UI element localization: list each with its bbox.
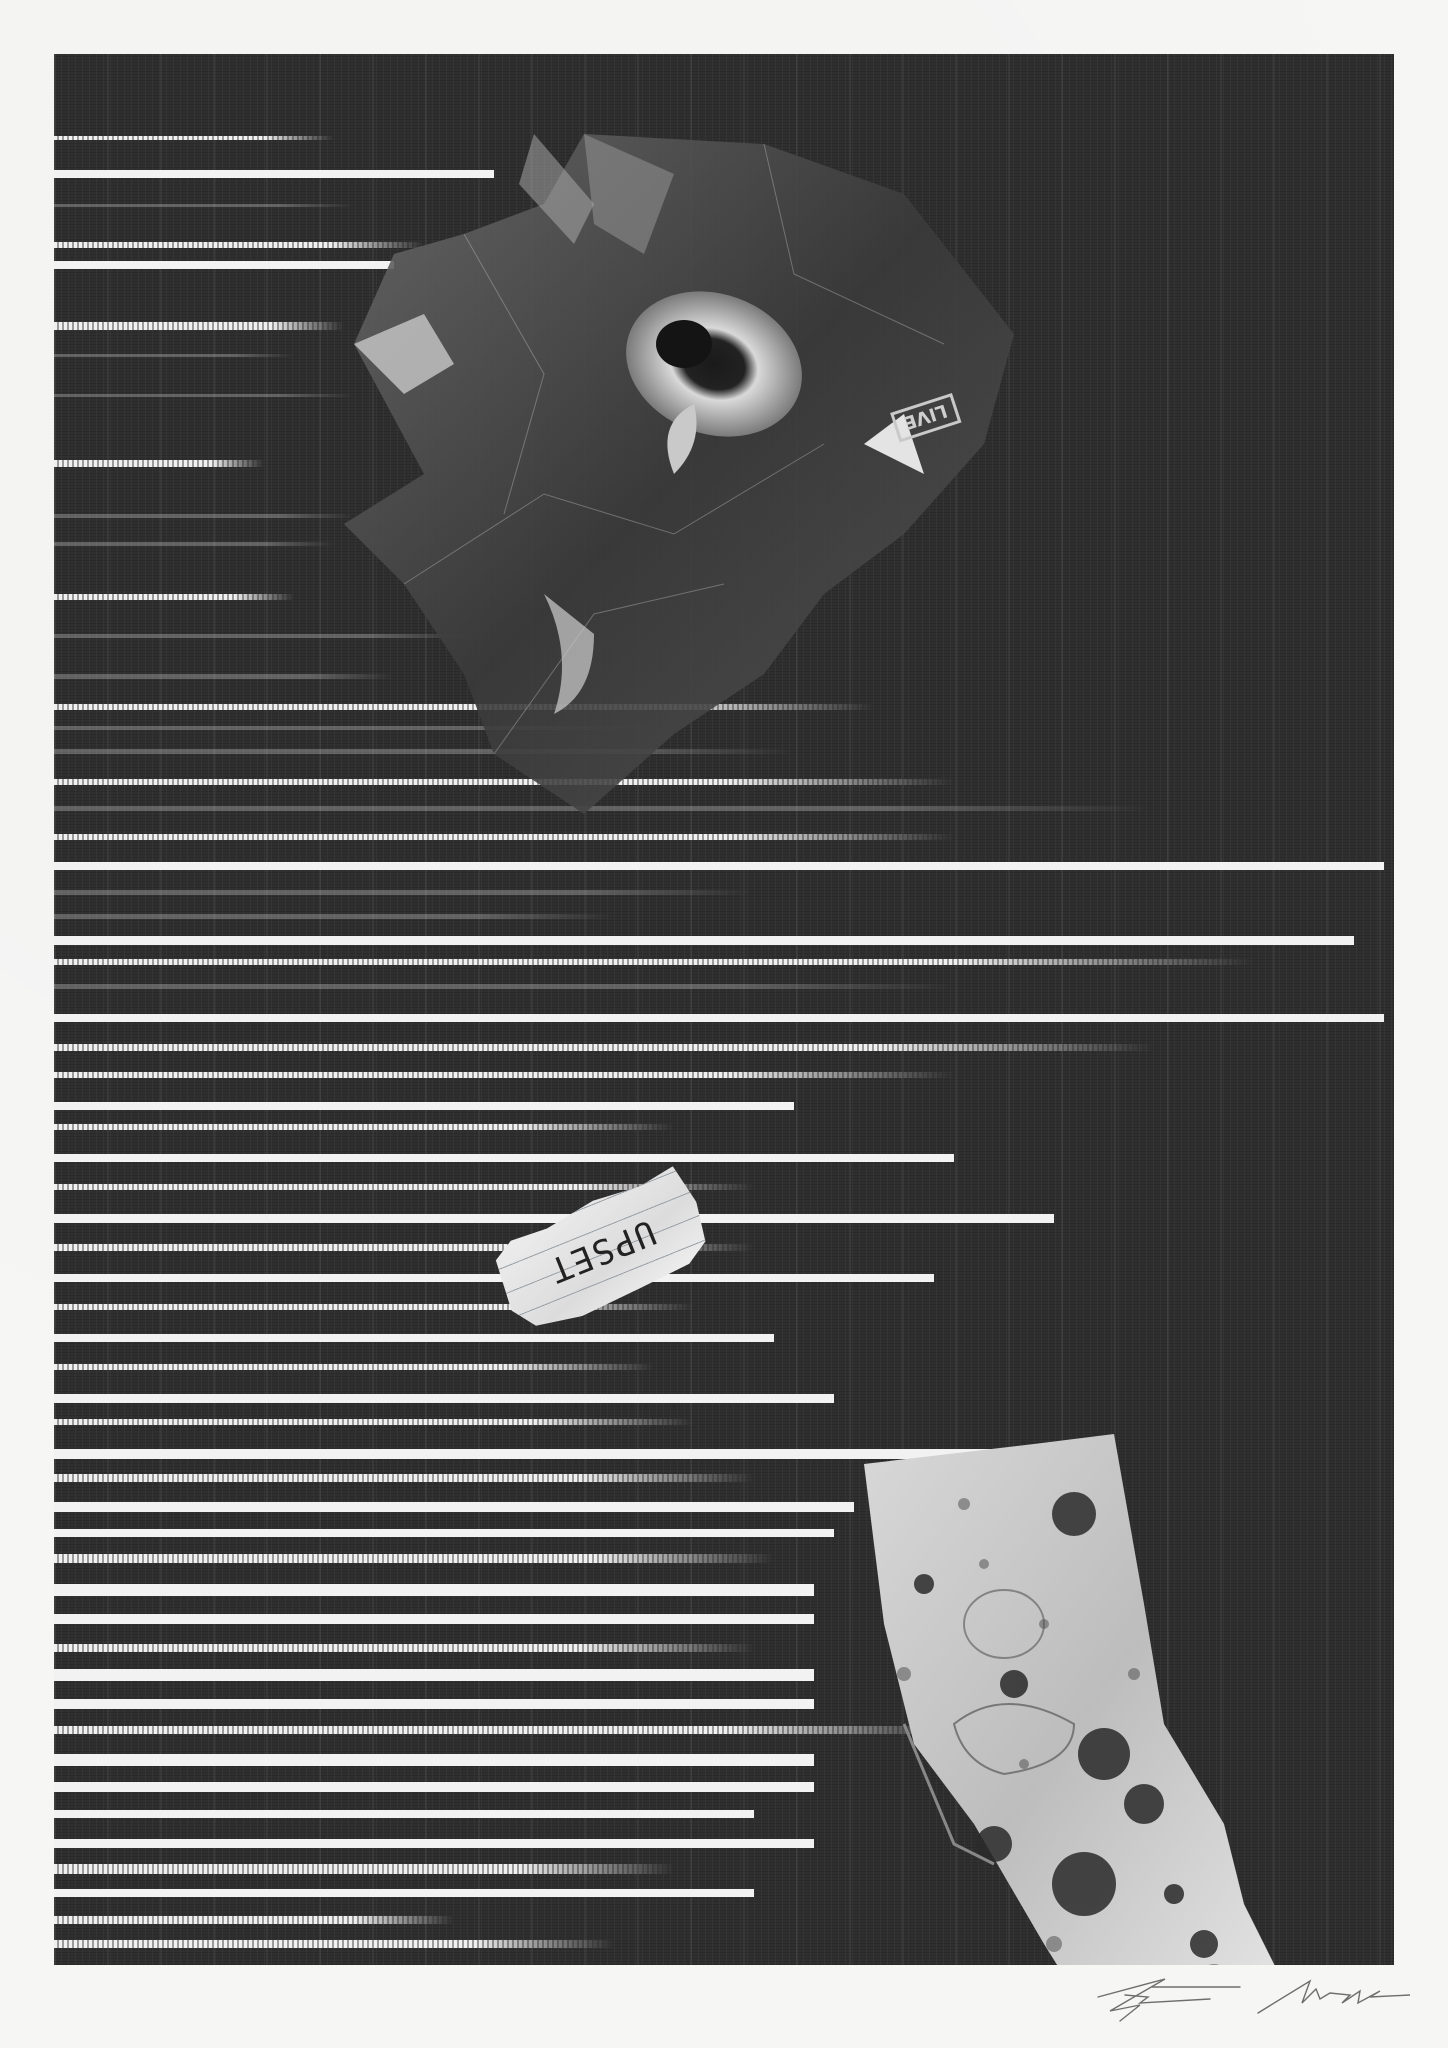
glitch-stripe bbox=[54, 1554, 774, 1563]
glitch-stripe bbox=[54, 1214, 1054, 1223]
glitch-stripe bbox=[54, 936, 1354, 945]
glitch-stripe bbox=[54, 261, 394, 269]
glitch-stripe bbox=[54, 914, 614, 919]
glitch-stripe bbox=[54, 984, 954, 989]
glitch-stripe bbox=[54, 1014, 1384, 1022]
glitch-stripe bbox=[54, 1644, 754, 1652]
glitch-stripe bbox=[54, 460, 264, 467]
glitch-stripe bbox=[54, 1529, 834, 1537]
glitch-stripe bbox=[54, 1474, 754, 1482]
glitch-stripe bbox=[54, 674, 394, 679]
glitch-stripe bbox=[54, 322, 344, 330]
glitch-stripe bbox=[54, 542, 334, 546]
glitch-stripe bbox=[54, 354, 294, 357]
glitch-stripe bbox=[54, 1669, 814, 1681]
glitch-stripe bbox=[54, 1699, 814, 1709]
glitch-stripe bbox=[54, 1726, 954, 1734]
glitch-stripe bbox=[54, 1916, 454, 1924]
glitch-stripe bbox=[54, 1782, 814, 1792]
glitch-stripe bbox=[54, 204, 354, 207]
glitch-stripe bbox=[54, 1839, 814, 1848]
glitch-stripe bbox=[54, 890, 754, 895]
glitch-stripe bbox=[54, 514, 354, 518]
artist-signature bbox=[1080, 1975, 1410, 2025]
glitch-stripe bbox=[54, 1584, 814, 1596]
crumpled-photo: LIVE bbox=[344, 114, 1024, 814]
glitch-stripe bbox=[54, 1754, 814, 1766]
glitch-stripe bbox=[54, 1334, 774, 1342]
glitch-stripe bbox=[54, 1124, 674, 1130]
glitch-stripe bbox=[54, 1810, 754, 1818]
glitch-stripe bbox=[54, 1502, 854, 1512]
glitch-stripe bbox=[54, 1419, 694, 1425]
crumpled-dollar-bill bbox=[844, 1424, 1324, 1965]
artwork-panel: LIVE UPSET bbox=[54, 54, 1394, 1965]
glitch-stripe bbox=[54, 1044, 1154, 1051]
glitch-stripe bbox=[54, 1614, 814, 1624]
glitch-stripe bbox=[54, 394, 354, 397]
glitch-stripe bbox=[54, 834, 954, 840]
glitch-stripe bbox=[54, 1154, 954, 1162]
glitch-stripe bbox=[54, 959, 1254, 965]
glitch-stripe bbox=[54, 594, 294, 600]
glitch-stripe bbox=[54, 1864, 674, 1874]
glitch-stripe bbox=[54, 136, 334, 140]
glitch-stripe bbox=[54, 1394, 834, 1403]
glitch-stripe bbox=[54, 1072, 954, 1078]
glitch-stripe bbox=[54, 1940, 614, 1948]
glitch-stripe bbox=[54, 1889, 754, 1897]
glitch-stripe bbox=[54, 1274, 934, 1282]
glitch-stripe bbox=[54, 1364, 654, 1370]
glitch-stripe bbox=[54, 862, 1384, 870]
glitch-stripe bbox=[54, 1102, 794, 1110]
